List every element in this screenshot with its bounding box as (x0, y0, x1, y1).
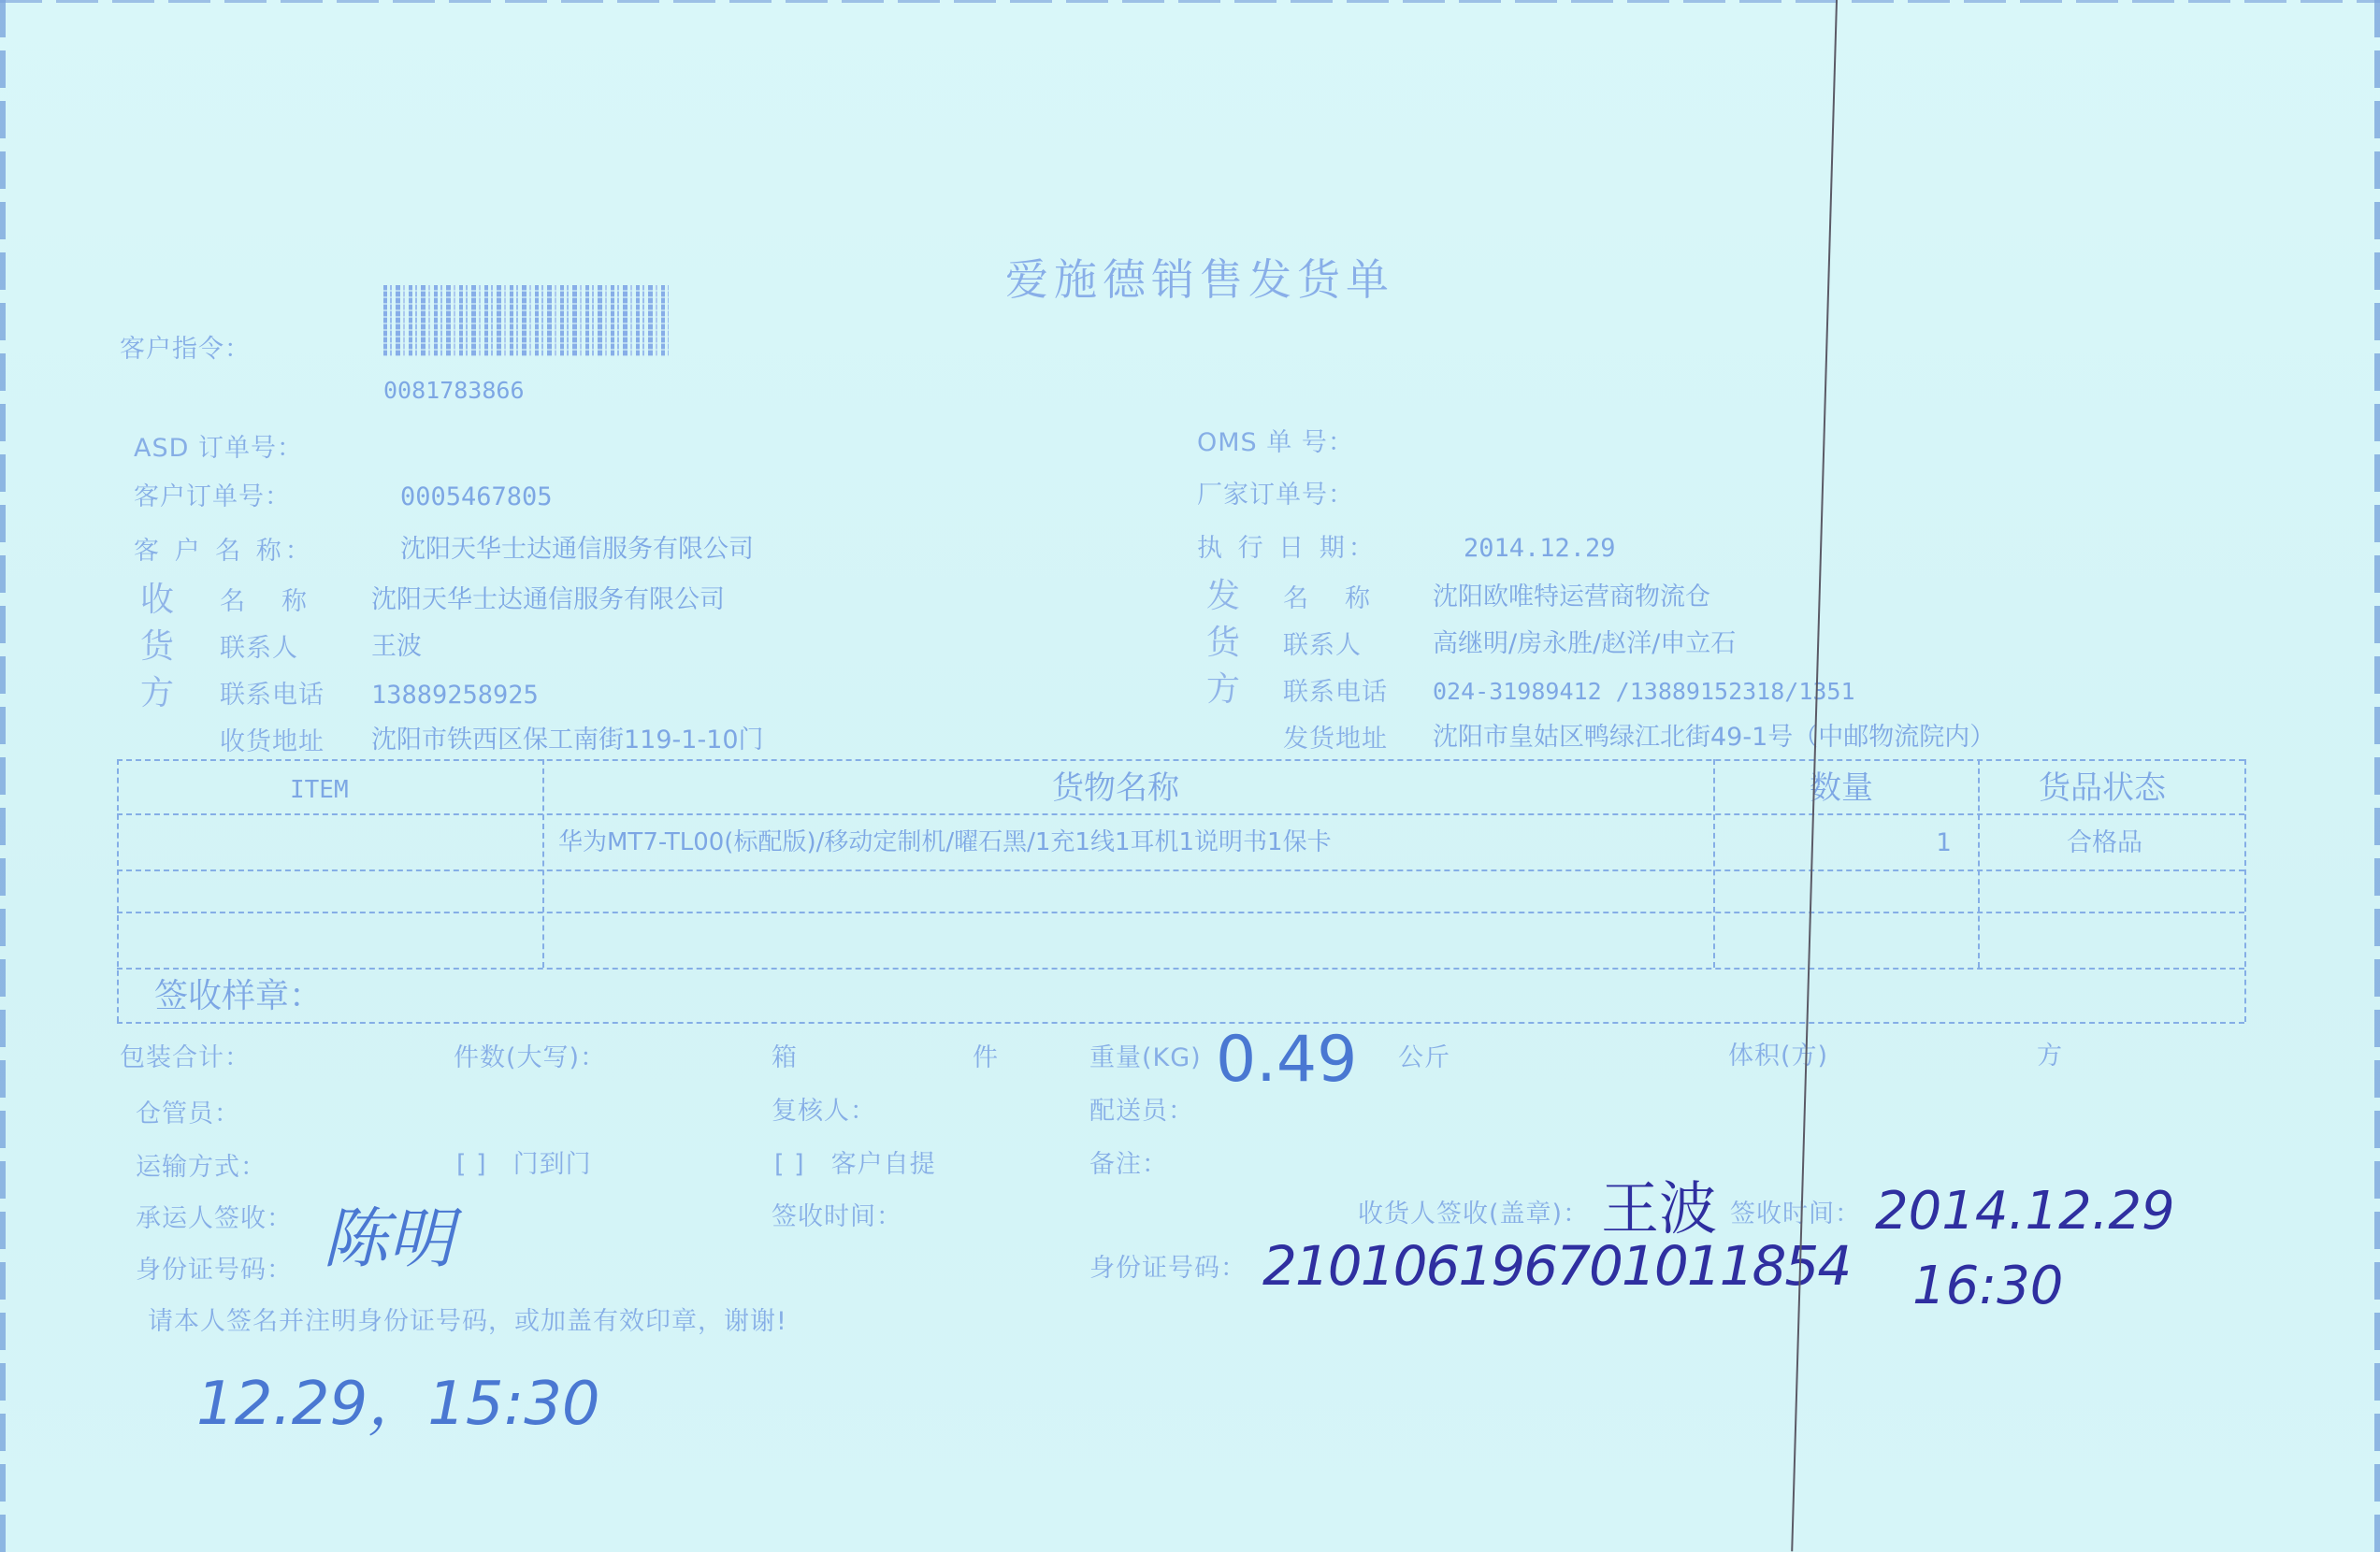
row-status: 合格品 (2067, 830, 2142, 855)
shipper-side-char: 方 (1206, 673, 1240, 707)
consignee-address-value: 沈阳市铁西区保工南街119-1-10门 (371, 727, 764, 753)
receiver-sign-time-label: 签收时间： (1730, 1201, 1861, 1227)
asd-order-label: ASD 订单号： (134, 436, 303, 461)
carrier-sign-label: 承运人签收： (136, 1206, 293, 1231)
delivery-label: 配送员： (1089, 1099, 1194, 1124)
shipper-address-label: 发货地址 (1283, 726, 1388, 752)
pieces-label: 件数(大写)： (454, 1045, 606, 1071)
receiver-sign-label: 收货人签收(盖章)： (1358, 1201, 1589, 1227)
signature-note: 请本人签名并注明身份证号码，或加盖有效印章，谢谢! (148, 1309, 787, 1334)
document-title: 爱施德销售发货单 (1005, 258, 1394, 301)
row-quantity: 1 (1936, 830, 1951, 855)
customer-order-value: 0005467805 (400, 484, 553, 510)
consignee-side-char: 货 (140, 630, 174, 664)
self-pickup-option[interactable]: [ ] 客户自提 (774, 1152, 936, 1177)
transport-label: 运输方式： (136, 1155, 267, 1180)
customer-order-label: 客户订单号： (134, 484, 291, 510)
volume-unit: 方 (2037, 1043, 2063, 1069)
sign-stamp-label: 签收样章： (154, 980, 323, 1013)
consignee-name-value: 沈阳天华士达通信服务有限公司 (371, 587, 725, 612)
barcode-icon (383, 285, 669, 356)
consignee-side-char: 收 (140, 583, 174, 617)
shipper-side-char: 货 (1206, 626, 1240, 660)
consignee-address-label: 收货地址 (220, 729, 325, 754)
weight-value: 0.49 (1216, 1028, 1357, 1092)
shipper-contact-value: 高继明/房永胜/赵洋/申立石 (1433, 631, 1736, 656)
shipper-side-char: 发 (1206, 580, 1240, 613)
warehouse-label: 仓管员： (136, 1101, 240, 1127)
consignee-side-char: 方 (140, 677, 174, 711)
row-goods-name: 华为MT7-TL00(标配版)/移动定制机/曜石黑/1充1线1耳机1说明书1保卡 (558, 830, 1332, 855)
oms-label: OMS 单 号： (1197, 430, 1354, 455)
perforation-top (0, 0, 2380, 3)
weight-label: 重量(KG) (1089, 1045, 1202, 1071)
shipper-phone-label: 联系电话 (1283, 680, 1388, 705)
receiver-sign-time-clock: 16:30 (1912, 1260, 2063, 1313)
shipper-name-label: 名 称 (1283, 586, 1376, 611)
shipper-phone-value: 024-31989412 /13889152318/1351 (1433, 680, 1855, 703)
factory-order-label: 厂家订单号： (1197, 482, 1354, 508)
receiver-id-label: 身份证号码： (1089, 1256, 1247, 1281)
piece-label: 件 (973, 1045, 999, 1071)
handwritten-note: 12.29，15:30 (196, 1374, 600, 1434)
sign-time-label: 签收时间： (772, 1204, 902, 1229)
header-quantity: 数量 (1810, 772, 1873, 804)
barcode-number: 0081783866 (383, 379, 525, 402)
header-status: 货品状态 (2039, 772, 2166, 804)
carrier-signature: 陈明 (323, 1206, 454, 1272)
remark-label: 备注： (1089, 1152, 1168, 1177)
receiver-sign-time-date: 2014.12.29 (1875, 1186, 2175, 1238)
consignee-contact-label: 联系人 (220, 636, 298, 661)
box-label: 箱 (772, 1045, 798, 1071)
shipper-address-value: 沈阳市皇姑区鸭绿江北街49-1号（中邮物流院内） (1433, 725, 1995, 750)
reviewer-label: 复核人： (772, 1099, 876, 1124)
consignee-phone-value: 13889258925 (371, 683, 539, 708)
shipper-name-value: 沈阳欧唯特运营商物流仓 (1433, 584, 1710, 610)
exec-date-value: 2014.12.29 (1464, 536, 1616, 561)
package-total-label: 包装合计： (120, 1045, 251, 1071)
weight-unit: 公斤 (1398, 1045, 1450, 1071)
exec-date-label: 执 行 日 期： (1197, 536, 1378, 561)
volume-label: 体积(方) (1728, 1043, 1828, 1069)
consignee-contact-value: 王波 (371, 634, 422, 659)
perforation-right (2374, 0, 2380, 1552)
consignee-name-label: 名 称 (220, 589, 312, 614)
carrier-id-label: 身份证号码： (136, 1257, 293, 1283)
header-item: ITEM (290, 778, 349, 802)
customer-instruction-label: 客户指令： (120, 337, 251, 362)
shipper-contact-label: 联系人 (1283, 633, 1362, 658)
perforation-left (0, 0, 6, 1552)
consignee-phone-label: 联系电话 (220, 683, 325, 708)
receiver-id-value: 210106196701011854 (1262, 1239, 1850, 1293)
receiver-signature: 王波 (1601, 1180, 1717, 1238)
header-goods-name: 货物名称 (1052, 772, 1179, 804)
goods-table: ITEM 货物名称 数量 货品状态 华为MT7-TL00(标配版)/移动定制机/… (117, 759, 2244, 1022)
customer-name-label: 客 户 名 称： (134, 539, 314, 564)
customer-name-value: 沈阳天华士达通信服务有限公司 (400, 537, 754, 562)
door-to-door-option[interactable]: [ ] 门到门 (456, 1152, 592, 1177)
